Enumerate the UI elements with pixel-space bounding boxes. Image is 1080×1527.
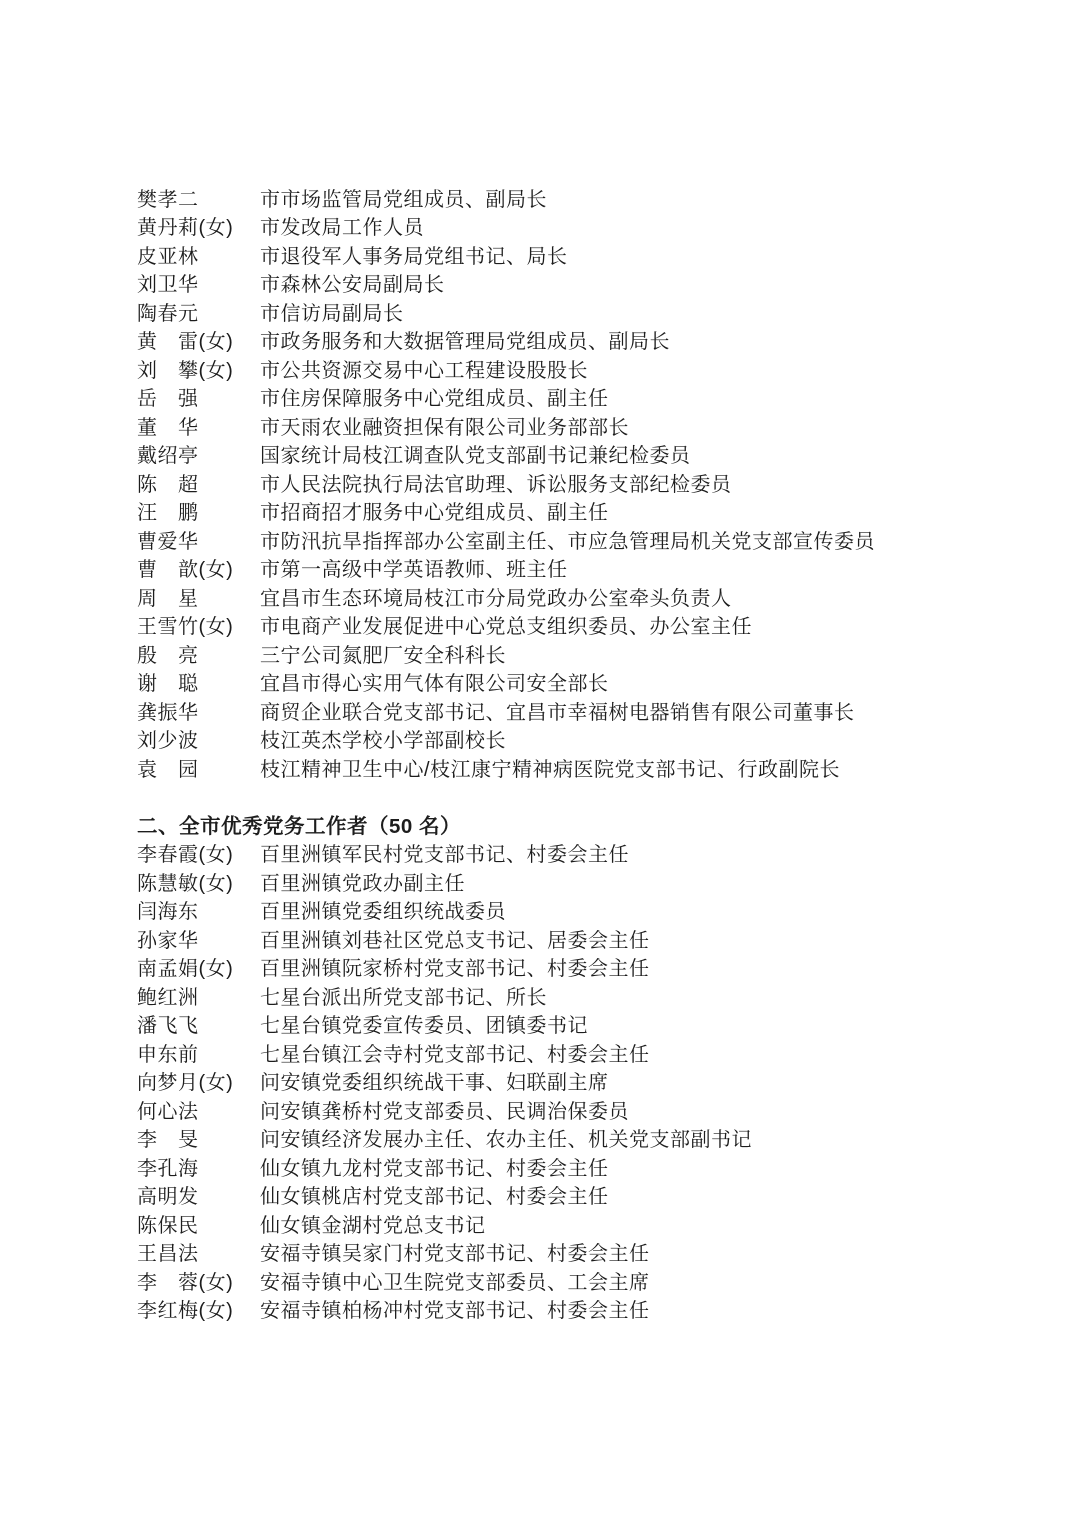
person-name: 李孔海 [137, 1152, 260, 1181]
person-name: 陈慧敏(女) [137, 867, 260, 896]
person-name: 申东前 [137, 1038, 260, 1067]
person-name: 黄 雷(女) [137, 325, 260, 354]
person-name: 殷 亮 [137, 639, 260, 668]
person-name: 李红梅(女) [137, 1294, 260, 1323]
person-title: 市电商产业发展促进中心党总支组织委员、办公室主任 [260, 610, 752, 639]
person-title: 市招商招才服务中心党组成员、副主任 [260, 496, 609, 525]
person-name: 王雪竹(女) [137, 610, 260, 639]
document-page: 樊孝二 市市场监管局党组成员、副局长 黄丹莉(女) 市发改局工作人员 皮亚林 市… [0, 0, 1080, 1527]
person-title: 七星台派出所党支部书记、所长 [260, 981, 547, 1010]
list-item: 黄丹莉(女) 市发改局工作人员 [137, 212, 875, 241]
person-name: 闫海东 [137, 895, 260, 924]
list-item: 周 星 宜昌市生态环境局枝江市分局党政办公室牵头负责人 [137, 582, 875, 611]
person-title: 市人民法院执行局法官助理、诉讼服务支部纪检委员 [260, 468, 732, 497]
person-title: 七星台镇江会寺村党支部书记、村委会主任 [260, 1038, 650, 1067]
person-name: 陈 超 [137, 468, 260, 497]
person-name: 曹 歆(女) [137, 553, 260, 582]
person-title: 问安镇经济发展办主任、农办主任、机关党支部副书记 [260, 1123, 752, 1152]
list-item: 汪 鹏 市招商招才服务中心党组成员、副主任 [137, 497, 875, 526]
list-item: 樊孝二 市市场监管局党组成员、副局长 [137, 183, 875, 212]
list-item: 刘少波 枝江英杰学校小学部副校长 [137, 725, 875, 754]
person-name: 戴绍亭 [137, 439, 260, 468]
person-title: 百里洲镇刘巷社区党总支书记、居委会主任 [260, 924, 650, 953]
list-item: 皮亚林 市退役军人事务局党组书记、局长 [137, 240, 875, 269]
person-title: 市政务服务和大数据管理局党组成员、副局长 [260, 325, 670, 354]
person-name: 皮亚林 [137, 240, 260, 269]
person-title: 三宁公司氮肥厂安全科科长 [260, 639, 506, 668]
list-item: 申东前 七星台镇江会寺村党支部书记、村委会主任 [137, 1038, 875, 1067]
list-item: 南孟娟(女) 百里洲镇阮家桥村党支部书记、村委会主任 [137, 953, 875, 982]
person-name: 陈保民 [137, 1209, 260, 1238]
list-item: 李孔海 仙女镇九龙村党支部书记、村委会主任 [137, 1152, 875, 1181]
person-name: 鲍红洲 [137, 981, 260, 1010]
list-item: 孙家华 百里洲镇刘巷社区党总支书记、居委会主任 [137, 924, 875, 953]
person-title: 枝江英杰学校小学部副校长 [260, 724, 506, 753]
person-title: 市市场监管局党组成员、副局长 [260, 183, 547, 212]
list-item: 鲍红洲 七星台派出所党支部书记、所长 [137, 981, 875, 1010]
list-item: 王昌法 安福寺镇吴家门村党支部书记、村委会主任 [137, 1238, 875, 1267]
list-item: 潘飞飞 七星台镇党委宣传委员、团镇委书记 [137, 1010, 875, 1039]
person-name: 汪 鹏 [137, 496, 260, 525]
award-name-list: 樊孝二 市市场监管局党组成员、副局长 黄丹莉(女) 市发改局工作人员 皮亚林 市… [137, 183, 875, 1323]
person-title: 市公共资源交易中心工程建设股股长 [260, 354, 588, 383]
person-title: 仙女镇金湖村党总支书记 [260, 1209, 486, 1238]
person-name: 谢 聪 [137, 667, 260, 696]
person-title: 百里洲镇党委组织统战委员 [260, 895, 506, 924]
list-item: 李春霞(女) 百里洲镇军民村党支部书记、村委会主任 [137, 839, 875, 868]
person-title: 市住房保障服务中心党组成员、副主任 [260, 382, 609, 411]
list-item: 陈 超 市人民法院执行局法官助理、诉讼服务支部纪检委员 [137, 468, 875, 497]
person-name: 李 蓉(女) [137, 1266, 260, 1295]
list-item: 陶春元 市信访局副局长 [137, 297, 875, 326]
list-item: 向梦月(女) 问安镇党委组织统战干事、妇联副主席 [137, 1067, 875, 1096]
person-name: 刘卫华 [137, 268, 260, 297]
person-name: 李春霞(女) [137, 838, 260, 867]
list-item: 陈慧敏(女) 百里洲镇党政办副主任 [137, 867, 875, 896]
person-title: 宜昌市得心实用气体有限公司安全部长 [260, 667, 609, 696]
person-title: 市防汛抗旱指挥部办公室副主任、市应急管理局机关党支部宣传委员 [260, 525, 875, 554]
person-name: 高明发 [137, 1180, 260, 1209]
person-title: 百里洲镇军民村党支部书记、村委会主任 [260, 838, 629, 867]
person-title: 国家统计局枝江调查队党支部副书记兼纪检委员 [260, 439, 691, 468]
list-item: 袁 园 枝江精神卫生中心/枝江康宁精神病医院党支部书记、行政副院长 [137, 753, 875, 782]
list-item: 曹爱华 市防汛抗旱指挥部办公室副主任、市应急管理局机关党支部宣传委员 [137, 525, 875, 554]
person-name: 南孟娟(女) [137, 952, 260, 981]
person-title: 商贸企业联合党支部书记、宜昌市幸福树电器销售有限公司董事长 [260, 696, 855, 725]
list-item: 何心法 问安镇龚桥村党支部委员、民调治保委员 [137, 1095, 875, 1124]
person-name: 黄丹莉(女) [137, 211, 260, 240]
person-title: 宜昌市生态环境局枝江市分局党政办公室牵头负责人 [260, 582, 732, 611]
person-title: 问安镇党委组织统战干事、妇联副主席 [260, 1066, 609, 1095]
person-title: 仙女镇九龙村党支部书记、村委会主任 [260, 1152, 609, 1181]
person-title: 仙女镇桃店村党支部书记、村委会主任 [260, 1180, 609, 1209]
person-name: 袁 园 [137, 753, 260, 782]
person-title: 市森林公安局副局长 [260, 268, 445, 297]
person-name: 岳 强 [137, 382, 260, 411]
person-name: 李 旻 [137, 1123, 260, 1152]
person-name: 潘飞飞 [137, 1009, 260, 1038]
person-title: 安福寺镇中心卫生院党支部委员、工会主席 [260, 1266, 650, 1295]
person-title: 市退役军人事务局党组书记、局长 [260, 240, 568, 269]
list-item: 谢 聪 宜昌市得心实用气体有限公司安全部长 [137, 668, 875, 697]
list-item: 龚振华 商贸企业联合党支部书记、宜昌市幸福树电器销售有限公司董事长 [137, 696, 875, 725]
person-title: 百里洲镇阮家桥村党支部书记、村委会主任 [260, 952, 650, 981]
person-title: 枝江精神卫生中心/枝江康宁精神病医院党支部书记、行政副院长 [260, 753, 840, 782]
person-title: 问安镇龚桥村党支部委员、民调治保委员 [260, 1095, 629, 1124]
list-item: 李 旻 问安镇经济发展办主任、农办主任、机关党支部副书记 [137, 1124, 875, 1153]
person-title: 市天雨农业融资担保有限公司业务部部长 [260, 411, 629, 440]
list-item: 刘卫华 市森林公安局副局长 [137, 269, 875, 298]
list-item: 陈保民 仙女镇金湖村党总支书记 [137, 1209, 875, 1238]
list-item: 董 华 市天雨农业融资担保有限公司业务部部长 [137, 411, 875, 440]
person-name: 龚振华 [137, 696, 260, 725]
person-name: 何心法 [137, 1095, 260, 1124]
list-item: 曹 歆(女) 市第一高级中学英语教师、班主任 [137, 554, 875, 583]
person-title: 七星台镇党委宣传委员、团镇委书记 [260, 1009, 588, 1038]
person-name: 王昌法 [137, 1237, 260, 1266]
person-name: 刘 攀(女) [137, 354, 260, 383]
person-name: 樊孝二 [137, 183, 260, 212]
list-item: 高明发 仙女镇桃店村党支部书记、村委会主任 [137, 1181, 875, 1210]
person-name: 刘少波 [137, 724, 260, 753]
person-name: 董 华 [137, 411, 260, 440]
list-item: 闫海东 百里洲镇党委组织统战委员 [137, 896, 875, 925]
person-title: 安福寺镇吴家门村党支部书记、村委会主任 [260, 1237, 650, 1266]
list-item: 岳 强 市住房保障服务中心党组成员、副主任 [137, 383, 875, 412]
person-name: 向梦月(女) [137, 1066, 260, 1095]
person-name: 周 星 [137, 582, 260, 611]
list-item: 黄 雷(女) 市政务服务和大数据管理局党组成员、副局长 [137, 326, 875, 355]
list-item: 殷 亮 三宁公司氮肥厂安全科科长 [137, 639, 875, 668]
person-title: 市发改局工作人员 [260, 211, 424, 240]
section-heading: 二、全市优秀党务工作者（50 名） [137, 810, 875, 839]
list-item: 李 蓉(女) 安福寺镇中心卫生院党支部委员、工会主席 [137, 1266, 875, 1295]
person-title: 安福寺镇柏杨冲村党支部书记、村委会主任 [260, 1294, 650, 1323]
person-name: 陶春元 [137, 297, 260, 326]
person-name: 孙家华 [137, 924, 260, 953]
list-item: 李红梅(女) 安福寺镇柏杨冲村党支部书记、村委会主任 [137, 1295, 875, 1324]
person-name: 曹爱华 [137, 525, 260, 554]
list-item: 戴绍亭 国家统计局枝江调查队党支部副书记兼纪检委员 [137, 440, 875, 469]
person-title: 市第一高级中学英语教师、班主任 [260, 553, 568, 582]
person-title: 市信访局副局长 [260, 297, 404, 326]
list-item: 刘 攀(女) 市公共资源交易中心工程建设股股长 [137, 354, 875, 383]
list-item: 王雪竹(女) 市电商产业发展促进中心党总支组织委员、办公室主任 [137, 611, 875, 640]
person-title: 百里洲镇党政办副主任 [260, 867, 465, 896]
